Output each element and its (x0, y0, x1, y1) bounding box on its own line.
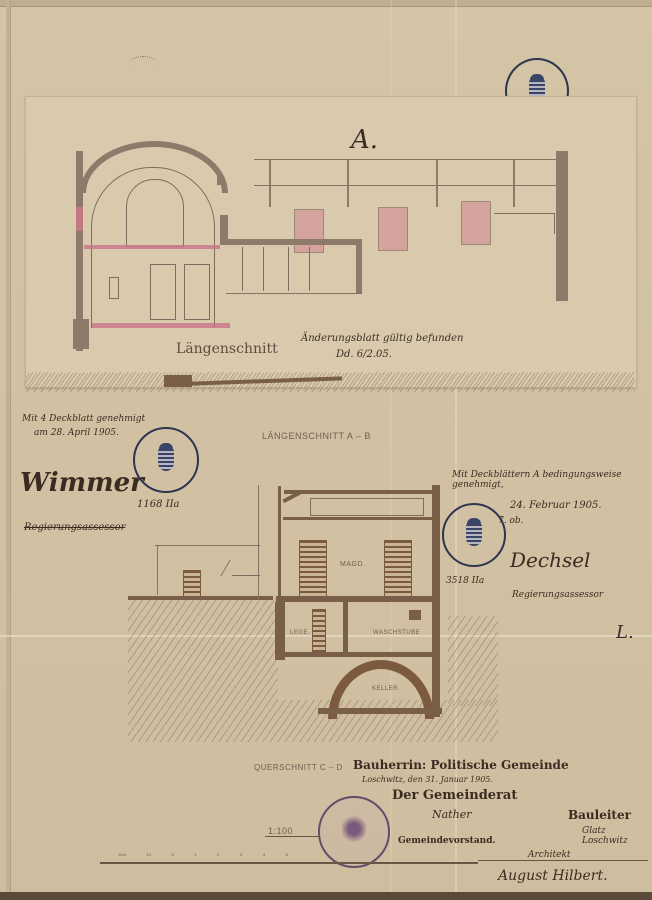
approval-date: Dd. 6/2.05. (336, 349, 392, 360)
earth-hatch-right (448, 616, 498, 706)
building-wall-left (278, 486, 281, 598)
floor-beam-red (84, 245, 220, 249)
scale-tick: 4 (263, 852, 265, 860)
approval-date-left: am 28. April 1905. (34, 428, 119, 438)
scale-tick: 5 (286, 852, 288, 860)
arched-window (126, 179, 184, 247)
crown-icon (159, 443, 173, 449)
column (269, 159, 271, 207)
caption-querschnitt: QUERSCHNITT C – D (254, 763, 343, 772)
coat-of-arms-icon (466, 524, 482, 546)
room-label-keller: KELLER. (372, 686, 400, 692)
door (184, 264, 210, 320)
scale-tick: 3 (240, 852, 242, 860)
document-sheet: A. Längenschnitt Änderungsblatt gü (0, 0, 652, 900)
scale-underline (265, 836, 320, 837)
stairs-diagonal (220, 560, 250, 576)
earth-hatch-left (128, 600, 278, 742)
builder-label: Bauleiter (568, 808, 631, 822)
window-pink (461, 201, 491, 245)
window-pink (378, 207, 408, 251)
vent-opening (409, 610, 421, 620)
struck-title: Regierungsassessor (24, 522, 125, 533)
floor-slab (276, 596, 436, 602)
scale-tick: 1 (194, 852, 196, 860)
approval-note: Änderungsblatt gültig befunden (301, 333, 463, 344)
faint-stamp-mark (128, 56, 158, 73)
scale-bar (100, 862, 478, 864)
paper-top-edge (0, 0, 652, 7)
window-magd-right (384, 540, 412, 598)
scale-tick: 10 (146, 852, 150, 860)
room-label-waschstube: WASCHSTUBE (373, 630, 420, 636)
approval-date-right: 24. Februar 1905. (510, 500, 602, 511)
signature-left: Wimmer (20, 468, 144, 498)
attic-floor (283, 517, 433, 520)
margin-mark: L. (616, 622, 634, 643)
paper-left-fold (6, 0, 11, 900)
floor-line (226, 293, 362, 294)
partition (242, 247, 264, 291)
signature-right: Dechsel (510, 548, 590, 572)
builder-role: Architekt (528, 850, 571, 860)
annex-roofline (155, 545, 260, 546)
column (436, 159, 438, 207)
ceiling-line (254, 185, 564, 186)
scale-tick: 2 (217, 852, 219, 860)
scale-tick: 10m (118, 852, 126, 860)
title-right: Regierungsassessor (512, 590, 603, 600)
basement-wall-left (275, 602, 285, 660)
stairs (232, 575, 260, 598)
fold-line (0, 635, 652, 637)
sheet-mark: A. (351, 125, 378, 155)
cellar-floor (318, 708, 442, 714)
window-magd-left (299, 540, 327, 598)
builder-note: Glatz Loschwitz (582, 826, 652, 846)
ceiling-line (254, 159, 564, 160)
wall-red-section (76, 207, 83, 231)
room-label-lege: LEGE. (290, 630, 310, 636)
file-number-right: 3518 IIa (446, 576, 484, 586)
annex-window (183, 570, 201, 598)
building-line (258, 485, 259, 600)
floor-slab (220, 239, 360, 245)
roof-top (284, 490, 432, 494)
crown-icon (530, 74, 544, 80)
wall-segment (356, 239, 362, 293)
scale-ticks: 10m 10 5 1 2 3 4 5 (118, 852, 288, 860)
overlay-sheet-laengenschnitt: A. Längenschnitt Änderungsblatt gü (25, 96, 637, 388)
wall-right (556, 151, 568, 301)
cellar-ceiling (285, 652, 435, 657)
column (347, 159, 349, 207)
foundation-left (73, 319, 89, 349)
mayor-title: Gemeindevorstand. (398, 836, 496, 846)
base-beam-red (92, 323, 230, 328)
wall-stub (217, 175, 223, 185)
signature-line (478, 860, 648, 861)
figures-emblem-icon (342, 814, 366, 844)
roof-attic-railing (310, 498, 424, 516)
architect-signature: August Hilbert. (498, 868, 608, 884)
official-stamp-left (133, 427, 199, 493)
paper-bottom-edge (0, 892, 652, 900)
mayor-signature: Nather (432, 808, 471, 821)
place-date: Loschwitz, den 31. Januar 1905. (362, 775, 493, 784)
ground-hatch (25, 372, 635, 392)
partition (288, 247, 310, 291)
annex-wall (157, 545, 158, 595)
basement-partition (343, 602, 348, 654)
official-stamp-right (442, 503, 506, 567)
door (150, 264, 176, 320)
scale-tick: 5 (171, 852, 173, 860)
gemeinde-stamp (318, 796, 390, 868)
file-number-left: 1168 IIa (137, 499, 180, 510)
pencil-title: Längenschnitt (176, 341, 278, 357)
window-lege (312, 609, 326, 653)
small-window (109, 277, 119, 299)
approval-note-left: Mit 4 Deckblatt genehmigt (22, 414, 145, 424)
council-title: Der Gemeinderat (392, 788, 517, 803)
caption-laengenschnitt: LÄNGENSCHNITT A – B (262, 431, 371, 441)
column (513, 159, 515, 207)
scale-label: 1:100 (268, 826, 293, 836)
coat-of-arms-icon (158, 449, 174, 471)
room-label-magd: MAGD. (340, 561, 365, 568)
approval-note-right: Mit Deckblättern A bedingungsweise geneh… (452, 470, 652, 490)
client-line: Bauherrin: Politische Gemeinde (353, 758, 569, 772)
stair-landing (494, 213, 555, 234)
